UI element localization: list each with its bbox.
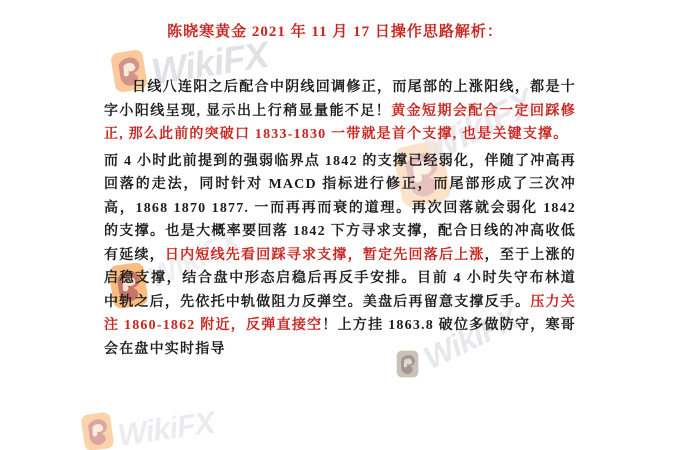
paragraph: 而 4 小时此前提到的强弱临界点 1842 的支撑已经弱化，伴随了冲高再回落的走…: [104, 150, 576, 362]
article-body: 日线八连阳之后配合中阴线回调修正，而尾部的上涨阳线，都是十字小阳线呈现, 显示出…: [104, 76, 576, 361]
wikifx-eagle-icon: [79, 410, 115, 450]
page-title: 陈晓寒黄金 2021 年 11 月 17 日操作思路解析：: [95, 20, 575, 41]
emphasis-red-text: 日内短线先看回踩寻求支撑，暂定先回落后上涨: [165, 248, 485, 263]
body-text: 而 4 小时此前提到的强弱临界点 1842 的支撑已经弱化，伴随了冲高再回落的走…: [104, 154, 576, 263]
document-page: WikiFX WikiFX WikiFX WikiFX: [0, 0, 700, 450]
wikifx-watermark-text: WikiFX: [115, 405, 216, 450]
paragraph: 日线八连阳之后配合中阴线回调修正，而尾部的上涨阳线，都是十字小阳线呈现, 显示出…: [104, 76, 576, 147]
